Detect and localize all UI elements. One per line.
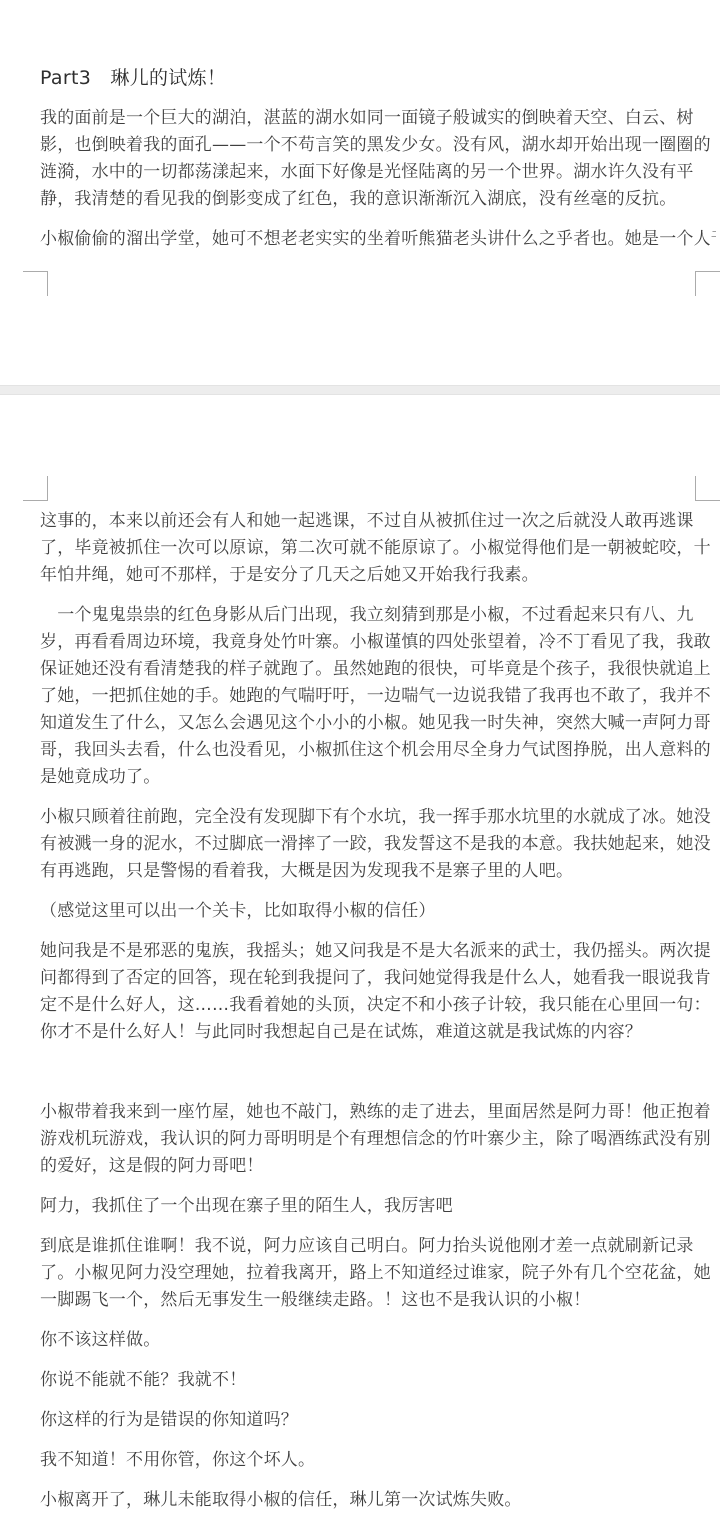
dialogue-line-2[interactable]: 你说不能就不能？我就不！ xyxy=(40,1367,716,1394)
dialogue-line-3[interactable]: 你这样的行为是错误的你知道吗？ xyxy=(40,1407,716,1434)
text-boundary-mark-bottom-right xyxy=(695,271,720,296)
text-boundary-mark-top-right xyxy=(695,476,720,501)
paragraph-red-figure-chase[interactable]: 一个鬼鬼祟祟的红色身影从后门出现，我立刻猜到那是小椒，不过看起来只有八、九岁，再… xyxy=(40,602,716,791)
document-title[interactable]: Part3 琳儿的试炼！ xyxy=(40,66,716,90)
paragraph-lake-scene[interactable]: 我的面前是一个巨大的湖泊，湛蓝的湖水如同一面镜子般诚实的倒映着天空、白云、树影，… xyxy=(40,105,716,213)
page-2[interactable]: 这事的，本来以前还会有人和她一起逃课，不过自从被抓住过一次之后就没人敢再逃课了，… xyxy=(0,395,720,1520)
text-boundary-mark-bottom-left xyxy=(23,271,48,296)
paragraph-bamboo-house[interactable]: 小椒带着我来到一座竹屋，她也不敲门，熟练的走了进去，里面居然是阿力哥！他正抱着游… xyxy=(40,1099,716,1180)
paragraph-ali-dialogue[interactable]: 阿力，我抓住了一个出现在寨子里的陌生人，我厉害吧 xyxy=(40,1193,716,1220)
paragraph-flowerpot-kick[interactable]: 到底是谁抓住谁啊！我不说，阿力应该自己明白。阿力抬头说他刚才差一点就刷新记录了。… xyxy=(40,1233,716,1314)
paragraph-cut-by-page-break[interactable]: 小椒偷偷的溜出学堂，她可不想老老实实的坐着听熊猫老头讲什么之乎者也。她是一个人干 xyxy=(40,226,716,253)
page-break-gap xyxy=(0,385,720,395)
page-1[interactable]: Part3 琳儿的试炼！ 我的面前是一个巨大的湖泊，湛蓝的湖水如同一面镜子般诚实… xyxy=(0,0,720,385)
document-view: Part3 琳儿的试炼！ 我的面前是一个巨大的湖泊，湛蓝的湖水如同一面镜子般诚实… xyxy=(0,0,720,1520)
dialogue-line-4[interactable]: 我不知道！不用你管，你这个坏人。 xyxy=(40,1447,716,1474)
paragraph-puddle-ice[interactable]: 小椒只顾着往前跑，完全没有发现脚下有个水坑，我一挥手那水坑里的水就成了冰。她没有… xyxy=(40,804,716,885)
text-boundary-mark-top-left xyxy=(23,476,48,501)
empty-paragraph[interactable] xyxy=(40,1059,716,1086)
paragraph-skip-class-continuation[interactable]: 这事的，本来以前还会有人和她一起逃课，不过自从被抓住过一次之后就没人敢再逃课了，… xyxy=(40,508,716,589)
paragraph-trial-failed[interactable]: 小椒离开了，琳儿未能取得小椒的信任，琳儿第一次试炼失败。 xyxy=(40,1487,716,1514)
paragraph-design-note[interactable]: （感觉这里可以出一个关卡，比如取得小椒的信任） xyxy=(40,898,716,925)
paragraph-questions-identity[interactable]: 她问我是不是邪恶的鬼族，我摇头；她又问我是不是大名派来的武士，我仍摇头。两次提问… xyxy=(40,938,716,1046)
dialogue-line-1[interactable]: 你不该这样做。 xyxy=(40,1327,716,1354)
